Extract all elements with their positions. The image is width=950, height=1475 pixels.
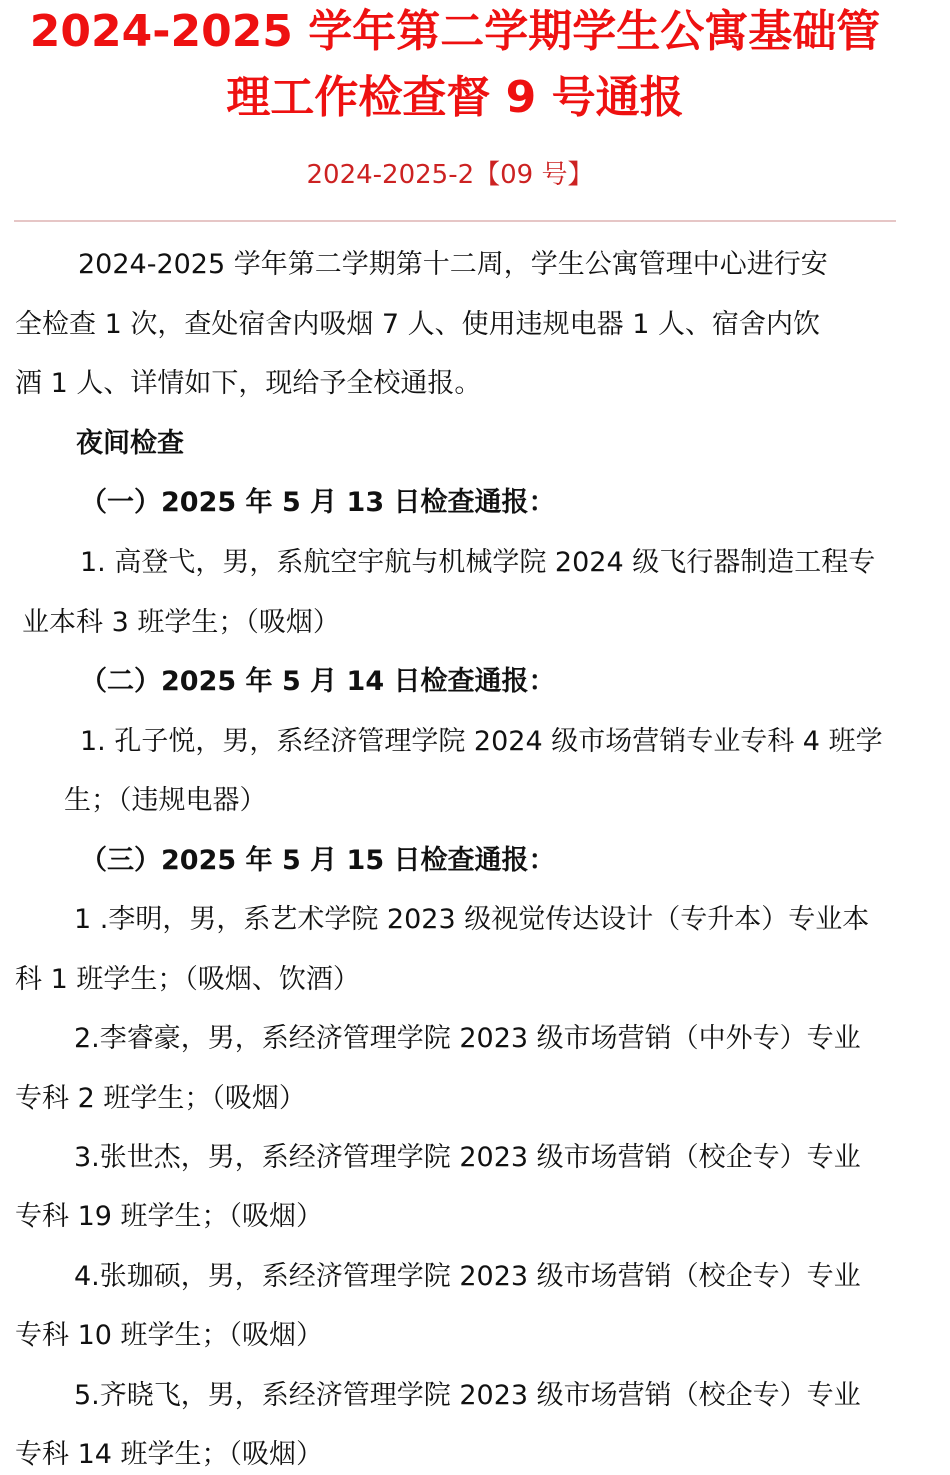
entry-line: 3.张世杰，男，系经济管理学院 2023 级市场营销（校企专）专业: [74, 1138, 861, 1178]
entry-line: 4.张珈硕，男，系经济管理学院 2023 级市场营销（校企专）专业: [74, 1257, 861, 1297]
document-number: 2024-2025-2【09 号】: [0, 155, 900, 195]
entry-line: 1. 孔子悦，男，系经济管理学院 2024 级市场营销专业专科 4 班学: [80, 722, 883, 762]
section-heading-night-inspection: 夜间检查: [76, 424, 184, 464]
entry-line: 专科 2 班学生；（吸烟）: [15, 1079, 306, 1119]
entry-line: 科 1 班学生；（吸烟、饮酒）: [15, 960, 360, 1000]
intro-line-3: 酒 1 人、详情如下，现给予全校通报。: [15, 364, 481, 404]
entry-line: 专科 19 班学生；（吸烟）: [15, 1197, 323, 1237]
entry-line: 1. 高登弋，男，系航空宇航与机械学院 2024 级飞行器制造工程专: [80, 543, 875, 583]
intro-line-2: 全检查 1 次，查处宿舍内吸烟 7 人、使用违规电器 1 人、宿舍内饮: [15, 305, 820, 345]
intro-line-1: 2024-2025 学年第二学期第十二周，学生公寓管理中心进行安: [78, 245, 828, 285]
document-title-line-1: 2024-2025 学年第二学期学生公寓基础管: [0, 2, 910, 62]
entry-line: 2.李睿豪，男，系经济管理学院 2023 级市场营销（中外专）专业: [74, 1019, 861, 1059]
document-title-line-2: 理工作检查督 9 号通报: [0, 68, 910, 128]
entry-line: 5.齐晓飞，男，系经济管理学院 2023 级市场营销（校企专）专业: [74, 1376, 861, 1416]
entry-line: 专科 10 班学生；（吸烟）: [15, 1316, 323, 1356]
subsection-heading-2: （二）2025 年 5 月 14 日检查通报：: [80, 662, 556, 702]
entry-line: 生；（违规电器）: [64, 781, 267, 821]
entry-line: 1 .李明，男，系艺术学院 2023 级视觉传达设计（专升本）专业本: [74, 900, 869, 940]
entry-line: 业本科 3 班学生；（吸烟）: [22, 603, 340, 643]
subsection-heading-3: （三）2025 年 5 月 15 日检查通报：: [80, 841, 556, 881]
header-divider: [14, 220, 896, 222]
subsection-heading-1: （一）2025 年 5 月 13 日检查通报：: [80, 483, 556, 523]
entry-line: 专科 14 班学生；（吸烟）: [15, 1435, 323, 1475]
